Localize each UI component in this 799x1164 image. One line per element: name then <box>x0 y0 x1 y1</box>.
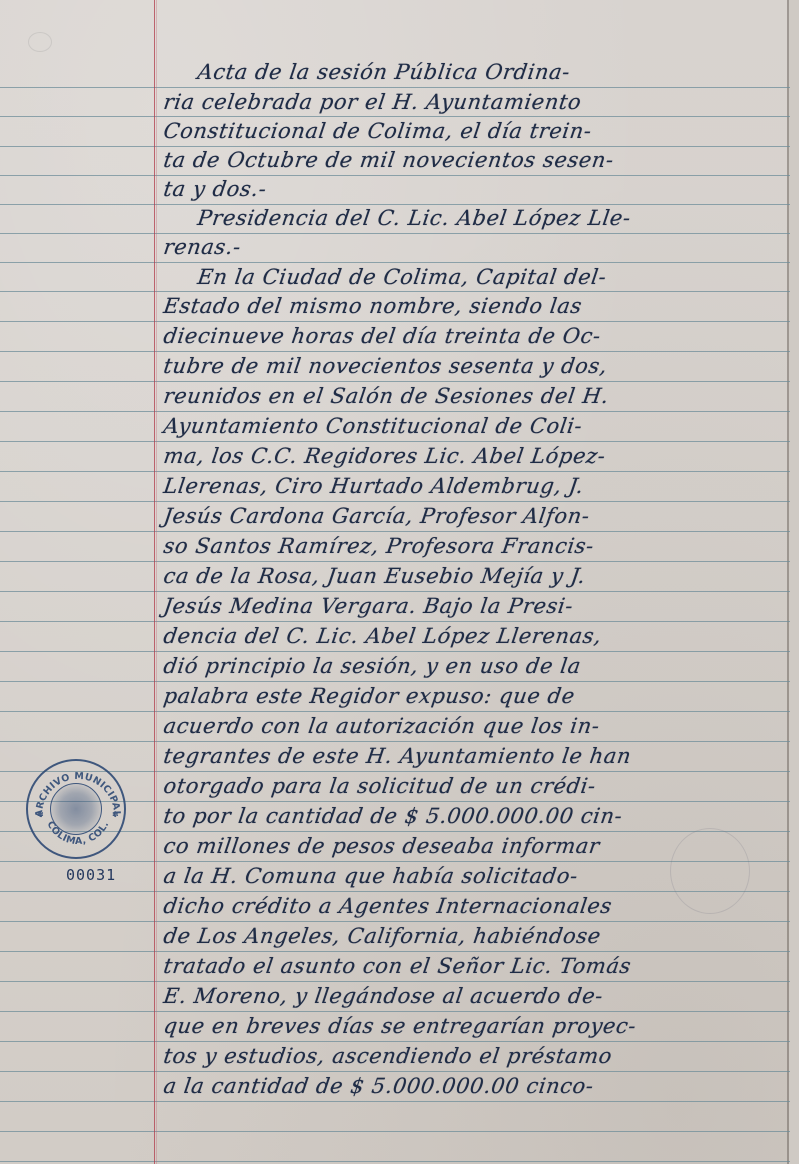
ruled-line <box>0 233 790 234</box>
ruled-line <box>0 381 790 382</box>
ruled-line <box>0 591 790 592</box>
text-line: a la cantidad de $ 5.000.000.00 cinco- <box>162 1074 595 1098</box>
ruled-line <box>0 561 790 562</box>
text-line: Llerenas, Ciro Hurtado Aldembrug, J. <box>162 474 585 498</box>
ruled-line <box>0 471 790 472</box>
text-line: Presidencia del C. Lic. Abel López Lle- <box>196 206 632 230</box>
text-line: tratado el asunto con el Señor Lic. Tomá… <box>162 954 633 978</box>
text-line: dencia del C. Lic. Abel López Llerenas, <box>162 624 603 648</box>
ruled-line <box>0 291 790 292</box>
text-line: dió principio la sesión, y en uso de la <box>162 654 583 678</box>
text-line: ma, los C.C. Regidores Lic. Abel López- <box>162 444 607 468</box>
svg-text:ARCHIVO MUNICIPAL: ARCHIVO MUNICIPAL <box>34 771 122 817</box>
text-line: acuerdo con la autorización que los in- <box>162 714 601 738</box>
stamp-star-icon: ✽ <box>112 810 119 819</box>
text-line: palabra este Regidor expuso: que de <box>162 684 577 708</box>
text-line: co millones de pesos deseaba informar <box>162 834 601 858</box>
ruled-line <box>0 501 790 502</box>
stamp-bottom-text: COLIMA, COL. <box>45 819 112 847</box>
text-line: ria celebrada por el H. Ayuntamiento <box>162 90 583 114</box>
text-line: que en breves días se entregarían proyec… <box>162 1014 638 1038</box>
text-line: ca de la Rosa, Juan Eusebio Mejía y J. <box>162 564 587 588</box>
text-line: to por la cantidad de $ 5.000.000.00 cin… <box>162 804 624 828</box>
text-line: Jesús Medina Vergara. Bajo la Presi- <box>162 594 575 618</box>
stamp-top-text: ARCHIVO MUNICIPAL <box>34 771 122 817</box>
ruled-line <box>0 146 790 147</box>
text-line: otorgado para la solicitud de un crédi- <box>162 774 598 798</box>
ruled-line <box>0 1101 790 1102</box>
text-line: diecinueve horas del día treinta de Oc- <box>162 324 602 348</box>
text-line: Constitucional de Colima, el día trein- <box>162 119 593 143</box>
ruled-line <box>0 321 790 322</box>
text-line: a la H. Comuna que había solicitado- <box>162 864 580 888</box>
text-line: Ayuntamiento Constitucional de Coli- <box>162 414 584 438</box>
ruled-line <box>0 621 790 622</box>
ruled-line <box>0 411 790 412</box>
ruled-line <box>0 1011 790 1012</box>
ruled-line <box>0 204 790 205</box>
ledger-page: Acta de la sesión Pública Ordina- ria ce… <box>0 0 799 1164</box>
folio-number: 00031 <box>66 866 116 884</box>
text-line: Estado del mismo nombre, siendo las <box>162 294 584 318</box>
text-line: renas.- <box>162 235 243 259</box>
text-line: dicho crédito a Agentes Internacionales <box>162 894 614 918</box>
ruled-line <box>0 1071 790 1072</box>
ruled-line <box>0 262 790 263</box>
text-line: de Los Angeles, California, habiéndose <box>162 924 603 948</box>
ruled-line <box>0 175 790 176</box>
ruled-line <box>0 1041 790 1042</box>
ruled-line <box>0 741 790 742</box>
bleed-through-stamp <box>670 828 750 914</box>
ruled-line <box>0 681 790 682</box>
text-line: reunidos en el Salón de Sesiones del H. <box>162 384 611 408</box>
text-line: ta de Octubre de mil novecientos sesen- <box>162 148 616 172</box>
ruled-line <box>0 981 790 982</box>
archivo-municipal-stamp: ARCHIVO MUNICIPAL COLIMA, COL. ✽ ✽ <box>26 759 126 859</box>
text-line: tegrantes de este H. Ayuntamiento le han <box>162 744 633 768</box>
ruled-line <box>0 87 790 88</box>
stamp-ring-text: ARCHIVO MUNICIPAL COLIMA, COL. ✽ ✽ <box>28 761 128 861</box>
text-line: so Santos Ramírez, Profesora Francis- <box>162 534 596 558</box>
margin-line-shadow <box>156 0 157 1164</box>
ruled-line <box>0 351 790 352</box>
ruled-line <box>0 951 790 952</box>
text-line: Acta de la sesión Pública Ordina- <box>196 60 572 84</box>
ruled-line <box>0 1161 790 1162</box>
ruled-line <box>0 891 790 892</box>
text-line: En la Ciudad de Colima, Capital del- <box>196 265 608 289</box>
text-line: ta y dos.- <box>162 177 268 201</box>
svg-text:COLIMA, COL.: COLIMA, COL. <box>45 819 112 847</box>
text-line: E. Moreno, y llegándose al acuerdo de- <box>162 984 605 1008</box>
text-line: Jesús Cardona García, Profesor Alfon- <box>162 504 591 528</box>
ruled-line <box>0 711 790 712</box>
margin-line <box>154 0 155 1164</box>
ruled-line <box>0 921 790 922</box>
ruled-line <box>0 1131 790 1132</box>
stamp-star-icon: ✽ <box>37 810 44 819</box>
ruled-line <box>0 651 790 652</box>
text-line: tubre de mil novecientos sesenta y dos, <box>162 354 609 378</box>
ruled-line <box>0 441 790 442</box>
ruled-line <box>0 116 790 117</box>
ruled-line <box>0 531 790 532</box>
text-line: tos y estudios, ascendiendo el préstamo <box>162 1044 614 1068</box>
faint-corner-mark <box>28 32 52 52</box>
adjacent-page-edge <box>789 0 799 1164</box>
